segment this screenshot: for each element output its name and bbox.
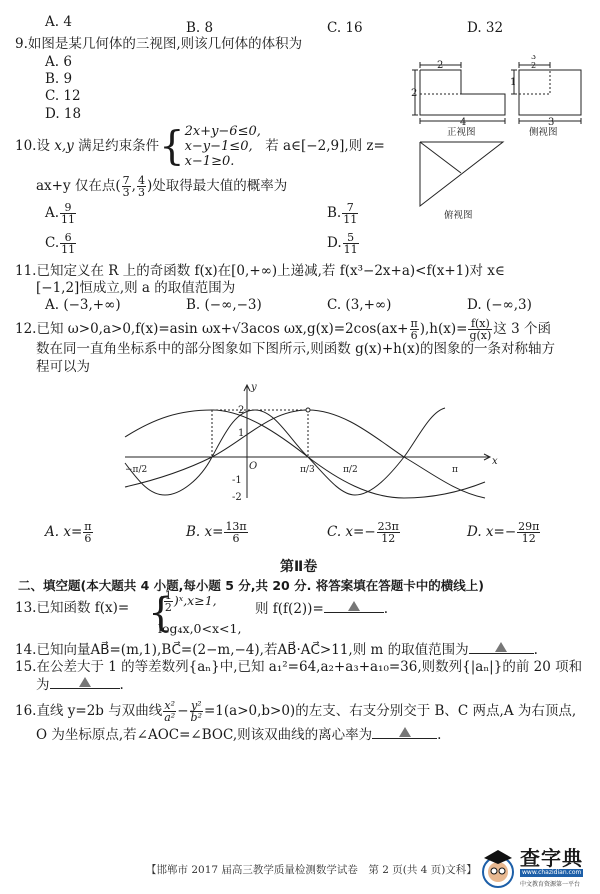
q8-option-a: A. 4 xyxy=(45,14,72,30)
three-view-figure: 2 2 4 3 2 1 3 正视图 侧视图 俯视图 xyxy=(400,55,600,225)
constraint-1: 2x+y−6≤0, xyxy=(185,124,261,139)
x-tick-pi-2: π/2 xyxy=(343,465,358,475)
frac-den: 11 xyxy=(343,244,359,255)
option-label: A. xyxy=(45,205,59,221)
q14-text: 已知向量AB⃗=(m,1),BC⃗=(2−m,−4),若AB⃗·AC⃗>11,则… xyxy=(36,642,468,658)
q10-condition: 若 a∈[−2,9],则 z= xyxy=(265,138,385,154)
option-label: B. x= xyxy=(186,524,223,540)
q12-text-b: ),h(x)= xyxy=(420,321,468,337)
option-fraction: 13π6 xyxy=(224,521,247,544)
x-tick-pi-3: π/3 xyxy=(300,465,315,475)
q12-function-graph: y x O 2 1 -1 -2 −π/2 π/3 π/2 π xyxy=(120,380,500,500)
q14: 14.已知向量AB⃗=(m,1),BC⃗=(2−m,−4),若AB⃗·AC⃗>1… xyxy=(15,641,538,658)
q15-text2: 为 xyxy=(36,677,50,693)
front-height-dim: 2 xyxy=(411,88,417,99)
page-footer: 【邯郸市 2017 届高三教学质量检测数学试卷 第 2 页(共 4 页)文科】 xyxy=(146,862,477,877)
q13-ask-text: 则 f(f(2))= xyxy=(255,601,324,617)
q11-text1: 已知定义在 R 上的奇函数 f(x)在[0,+∞)上递减,若 f(x³−2x+a… xyxy=(36,263,504,279)
q13-text: 已知函数 f(x)= xyxy=(36,600,129,616)
q10-vars: x,y xyxy=(54,138,74,154)
front-view-label: 正视图 xyxy=(447,127,476,138)
constraint-3: x−1≥0. xyxy=(185,154,261,169)
q16-text-a: 直线 y=2b 与双曲线 xyxy=(36,703,162,719)
part-two-title: 第Ⅱ卷 xyxy=(280,556,317,576)
h-fraction: f(x)g(x) xyxy=(468,318,492,341)
frac-den: 12 xyxy=(377,533,400,544)
answer-blank[interactable] xyxy=(372,726,437,739)
q12-option-b: B. x=13π6 xyxy=(186,521,249,544)
brand-slogan: 中文教育资源第一平台 xyxy=(520,879,580,888)
case-paren: ( xyxy=(158,593,163,608)
q10-option-a: A.911 xyxy=(45,202,77,225)
q11-option-a: A. (−3,+∞) xyxy=(45,297,121,313)
answer-blank[interactable] xyxy=(50,676,120,689)
option-fraction: 711 xyxy=(342,202,358,225)
q12-line2: 数在同一直角坐标系中的部分图象如下图所示,则函数 g(x)+h(x)的图象的一条… xyxy=(36,341,555,357)
option-label: C. xyxy=(45,235,59,251)
point-x-fraction: 73 xyxy=(122,175,131,198)
q13-stem: 13.已知函数 f(x)= xyxy=(15,600,129,616)
q9-number: 9. xyxy=(15,36,28,52)
q10-option-b: B.711 xyxy=(327,202,359,225)
q9-option-b: B. 9 xyxy=(45,71,72,87)
option-label: D. x= xyxy=(467,524,505,540)
q15-line1: 15.在公差大于 1 的等差数列{aₙ}中,已知 a₁²=64,a₂+a₃+a₁… xyxy=(15,659,582,675)
q10-line2-post: )处取得最大值的概率为 xyxy=(147,178,287,194)
q8-option-b: B. 8 xyxy=(186,20,213,36)
q13-number: 13. xyxy=(15,600,36,616)
q10-number: 10. xyxy=(15,138,36,154)
q12-line1: 12.已知 ω>0,a>0,f(x)=asin ωx+√3acos ωx,g(x… xyxy=(15,318,551,341)
y-axis-label: y xyxy=(250,382,257,393)
q8-option-c: C. 16 xyxy=(327,20,363,36)
frac-den: 3 xyxy=(122,187,131,198)
q16-number: 16. xyxy=(15,703,36,719)
frac-den: 6 xyxy=(410,330,419,341)
q9-text: 如图是某几何体的三视图,则该几何体的体积为 xyxy=(28,36,302,52)
q8-option-d: D. 32 xyxy=(467,20,503,36)
triangle-icon xyxy=(399,727,411,737)
mascot-icon xyxy=(480,844,516,892)
x2-a2-fraction: x²a² xyxy=(163,700,176,723)
half-fraction: 12 xyxy=(164,590,173,613)
chazidian-watermark: 查字典 www.chazidian.com 中文教育资源第一平台 xyxy=(480,842,600,894)
q13-ask: 则 f(f(2))=. xyxy=(255,600,388,617)
q15-number: 15. xyxy=(15,659,36,675)
q11-line1: 11.已知定义在 R 上的奇函数 f(x)在[0,+∞)上递减,若 f(x³−2… xyxy=(15,263,505,279)
frac-den: 11 xyxy=(60,214,76,225)
triangle-icon xyxy=(495,642,507,652)
side-height-dim: 1 xyxy=(510,77,516,88)
q11-option-c: C. (3,+∞) xyxy=(327,297,391,313)
q16-line1: 16.直线 y=2b 与双曲线x²a²−y²b²=1(a>0,b>0)的左支、右… xyxy=(15,700,576,723)
side-top-dim-den: 2 xyxy=(531,61,536,70)
q10-text-pre: 设 xyxy=(36,138,50,154)
option-sign: − xyxy=(505,524,516,540)
q13-case-1: (12)ˣ,x≥1, xyxy=(158,590,217,613)
constraint-2: x−y−1≤0, xyxy=(185,139,261,154)
option-fraction: π6 xyxy=(83,521,92,544)
option-label: C. x= xyxy=(327,524,364,540)
q14-number: 14. xyxy=(15,642,36,658)
y-tick-1: 1 xyxy=(238,428,244,439)
brace: { xyxy=(159,124,184,170)
option-label: B. xyxy=(327,205,341,221)
q12-text-c: 这 3 个函 xyxy=(493,321,551,337)
q15-line2: 为. xyxy=(36,676,124,693)
q16-text2: O 为坐标原点,若∠AOC=∠BOC,则该双曲线的离心率为 xyxy=(36,727,372,743)
frac-den: 11 xyxy=(342,214,358,225)
q12-text-a: 已知 ω>0,a>0,f(x)=asin ωx+√3acos ωx,g(x)=2… xyxy=(36,321,408,337)
frac-den: g(x) xyxy=(468,330,492,341)
frac-den: 6 xyxy=(83,533,92,544)
q9-option-a: A. 6 xyxy=(45,54,72,70)
q13-case-2: log₄x,0<x<1, xyxy=(158,621,241,637)
pi-over-6-fraction: π6 xyxy=(410,318,419,341)
q10-line2-pre: ax+y 仅在点( xyxy=(36,178,121,194)
q11-number: 11. xyxy=(15,263,36,279)
fill-blank-section-heading: 二、填空题(本大题共 4 小题,每小题 5 分,共 20 分. 将答案填在答题卡… xyxy=(18,576,484,594)
frac-den: 3 xyxy=(137,187,146,198)
q12-line3: 程可以为 xyxy=(36,359,90,375)
point-y-fraction: 43 xyxy=(137,175,146,198)
q10-line2: ax+y 仅在点(73,43)处取得最大值的概率为 xyxy=(36,175,287,198)
option-fraction: 29π12 xyxy=(517,521,540,544)
x-axis-label: x xyxy=(492,456,498,467)
option-label: D. xyxy=(327,235,342,251)
q11-option-d: D. (−∞,3) xyxy=(467,297,532,313)
frac-den: 6 xyxy=(224,533,247,544)
q10-stem: 10.设 x,y 满足约束条件{ 2x+y−6≤0, x−y−1≤0, x−1≥… xyxy=(15,124,385,169)
triangle-icon xyxy=(79,677,91,687)
frac-den: a² xyxy=(163,712,176,723)
q15-text: 在公差大于 1 的等差数列{aₙ}中,已知 a₁²=64,a₂+a₃+a₁₀=3… xyxy=(36,659,582,675)
option-label: A. x= xyxy=(45,524,82,540)
option-sign: − xyxy=(364,524,375,540)
x-tick-neg-pi-2: −π/2 xyxy=(125,465,147,475)
frac-den: 11 xyxy=(60,244,76,255)
frac-den: 2 xyxy=(164,602,173,613)
answer-blank[interactable] xyxy=(469,641,534,654)
x-tick-pi: π xyxy=(452,465,458,475)
q9-option-c: C. 12 xyxy=(45,88,81,104)
triangle-icon xyxy=(348,601,360,611)
q12-option-d: D. x=−29π12 xyxy=(467,521,541,544)
q9-stem: 9.如图是某几何体的三视图,则该几何体的体积为 xyxy=(15,36,302,52)
option-fraction: 911 xyxy=(60,202,76,225)
front-top-dim: 2 xyxy=(437,60,443,71)
brand-name: 查字典 xyxy=(520,842,583,871)
frac-den: 12 xyxy=(517,533,540,544)
side-view-label: 侧视图 xyxy=(529,126,558,138)
q10-option-c: C.611 xyxy=(45,232,77,255)
origin-label: O xyxy=(249,461,257,472)
top-view-label: 俯视图 xyxy=(444,210,473,221)
q11-option-b: B. (−∞,−3) xyxy=(186,297,262,313)
y-tick-neg2: -2 xyxy=(232,492,242,500)
y-tick-neg1: -1 xyxy=(232,475,242,486)
option-fraction: 23π12 xyxy=(377,521,400,544)
q12-option-c: C. x=−23π12 xyxy=(327,521,401,544)
y-tick-2: 2 xyxy=(238,405,244,416)
q10-constraints: 2x+y−6≤0, x−y−1≤0, x−1≥0. xyxy=(185,124,261,169)
q9-option-d: D. 18 xyxy=(45,106,81,122)
q16-line2: O 为坐标原点,若∠AOC=∠BOC,则该双曲线的离心率为. xyxy=(36,726,441,743)
brand-url: www.chazidian.com xyxy=(520,869,583,877)
q10-option-d: D.511 xyxy=(327,232,360,255)
y2-b2-fraction: y²b² xyxy=(190,700,203,723)
q12-number: 12. xyxy=(15,321,36,337)
q10-text-mid: 满足约束条件 xyxy=(78,138,159,154)
case-condition: )ˣ,x≥1, xyxy=(174,593,217,608)
option-fraction: 511 xyxy=(343,232,359,255)
answer-blank[interactable] xyxy=(324,600,384,613)
q12-option-a: A. x=π6 xyxy=(45,521,94,544)
option-fraction: 611 xyxy=(60,232,76,255)
q16-text-b: =1(a>0,b>0)的左支、右支分别交于 B、C 两点,A 为右顶点, xyxy=(204,703,576,719)
frac-den: b² xyxy=(190,712,203,723)
q11-line2: [−1,2]恒成立,则 a 的取值范围为 xyxy=(36,280,235,296)
